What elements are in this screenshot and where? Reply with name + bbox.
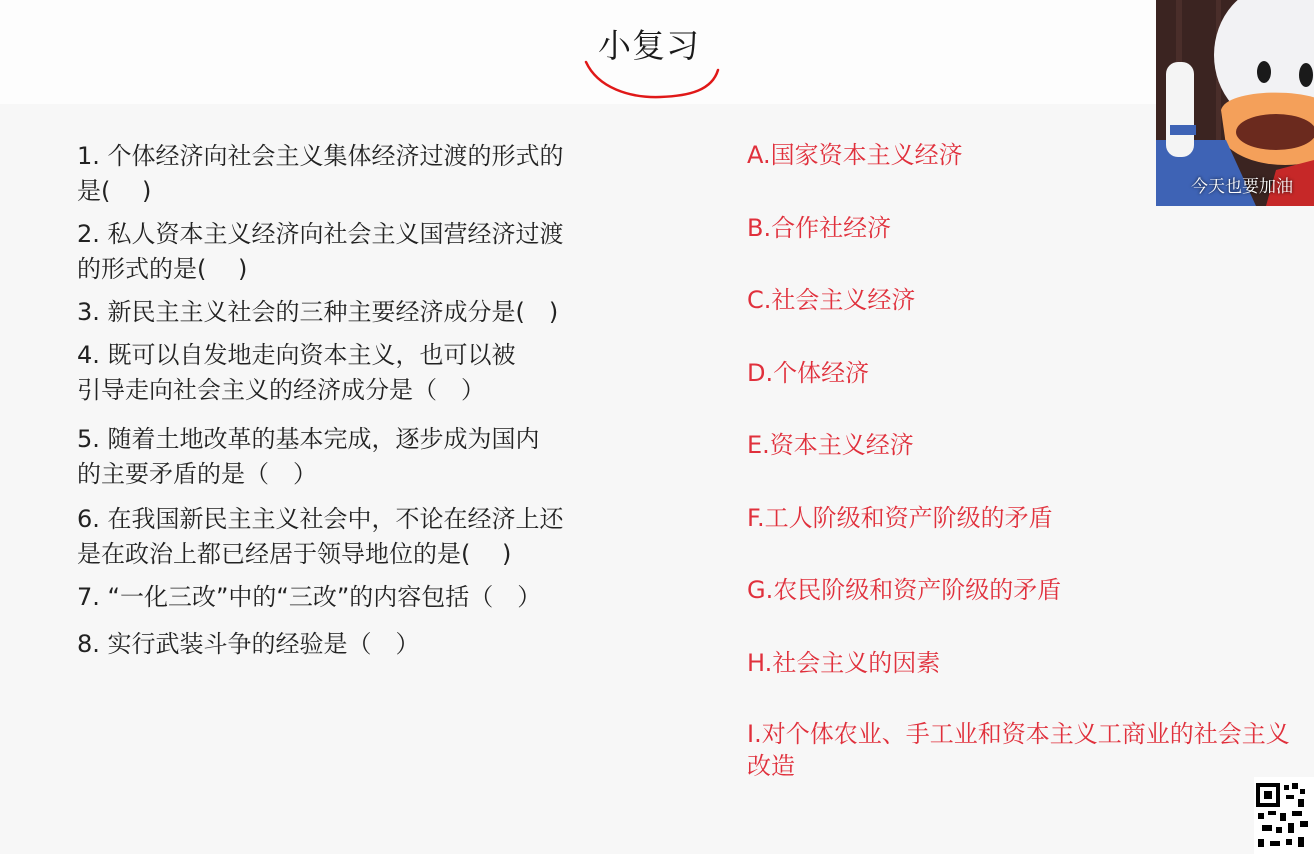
question-item: 1. 个体经济向社会主义集体经济过渡的形式的是( ) — [77, 139, 567, 209]
question-item: 7. “一化三改”中的“三改”的内容包括（ ） — [77, 580, 547, 615]
option-e: E.资本主义经济 — [747, 428, 1307, 501]
question-item: 3. 新民主主义社会的三种主要经济成分是( ) — [77, 295, 567, 330]
question-item: 8. 实行武装斗争的经验是（ ） — [77, 627, 567, 662]
option-d: D.个体经济 — [747, 356, 1307, 429]
option-i: I.对个体农业、手工业和资本主义工商业的社会主义改造 — [747, 718, 1307, 782]
red-underline-annotation — [580, 50, 730, 105]
webcam-caption: 今天也要加油 — [1191, 172, 1293, 197]
option-f: F.工人阶级和资产阶级的矛盾 — [747, 501, 1307, 574]
option-h: H.社会主义的因素 — [747, 646, 1307, 719]
option-g: G.农民阶级和资产阶级的矛盾 — [747, 573, 1307, 646]
question-item: 2. 私人资本主义经济向社会主义国营经济过渡的形式的是( ) — [77, 217, 567, 287]
question-item: 5. 随着土地改革的基本完成，逐步成为国内的主要矛盾的是（ ） — [77, 422, 547, 492]
option-c: C.社会主义经济 — [747, 283, 1307, 356]
qr-code-icon — [1254, 777, 1314, 854]
qr-code — [1254, 777, 1314, 854]
question-item: 4. 既可以自发地走向资本主义，也可以被引导走向社会主义的经济成分是（ ） — [77, 338, 537, 408]
webcam-overlay: 今天也要加油 — [1156, 0, 1314, 206]
option-b: B.合作社经济 — [747, 211, 1307, 284]
question-list: 1. 个体经济向社会主义集体经济过渡的形式的是( ) 2. 私人资本主义经济向社… — [77, 139, 567, 670]
answer-options: A.国家资本主义经济 B.合作社经济 C.社会主义经济 D.个体经济 E.资本主… — [747, 138, 1307, 782]
question-item: 6. 在我国新民主主义社会中，不论在经济上还是在政治上都已经居于领导地位的是( … — [77, 502, 567, 572]
